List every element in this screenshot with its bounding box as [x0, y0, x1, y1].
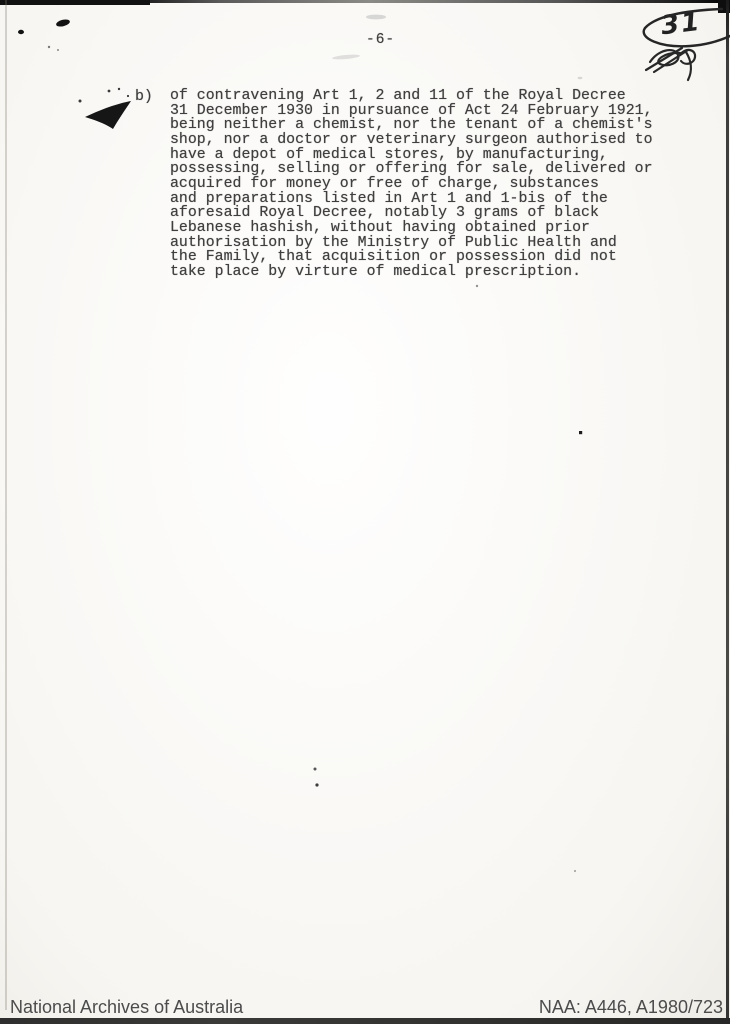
body-line: acquired for money or free of charge, su… — [170, 177, 670, 192]
ink-dots-near-arrow — [48, 46, 129, 103]
archive-reference-caption: NAA: A446, A1980/723 — [539, 997, 723, 1018]
arrow-mark — [85, 101, 131, 129]
crossed-out-scribble — [646, 48, 695, 80]
scan-edge-bottom — [0, 1018, 730, 1024]
body-line: Lebanese hashish, without having obtaine… — [170, 221, 670, 236]
body-line: being neither a chemist, nor the tenant … — [170, 118, 670, 133]
handwritten-folio-number: 31 — [659, 7, 703, 42]
scanned-document-page: -6- b) of contravening Art 1, 2 and 11 o… — [0, 0, 730, 1024]
paragraph-item-label: b) — [135, 89, 153, 105]
scattered-ink-specks — [314, 285, 583, 872]
top-left-ink-specks — [18, 18, 71, 34]
scan-edge-top-left — [0, 0, 150, 5]
page-number: -6- — [366, 32, 395, 48]
body-line: possessing, selling or offering for sale… — [170, 162, 670, 177]
scan-edge-right — [726, 0, 729, 1024]
body-line: take place by virture of medical prescri… — [170, 265, 670, 280]
body-line: of contravening Art 1, 2 and 11 of the R… — [170, 89, 670, 104]
body-line: shop, nor a doctor or veterinary surgeon… — [170, 133, 670, 148]
paragraph-body: of contravening Art 1, 2 and 11 of the R… — [170, 89, 670, 280]
body-line: the Family, that acquisition or possessi… — [170, 250, 670, 265]
body-line: aforesaid Royal Decree, notably 3 grams … — [170, 206, 670, 221]
scan-fold-line-left — [5, 0, 7, 1010]
archive-name-caption: National Archives of Australia — [10, 997, 243, 1018]
